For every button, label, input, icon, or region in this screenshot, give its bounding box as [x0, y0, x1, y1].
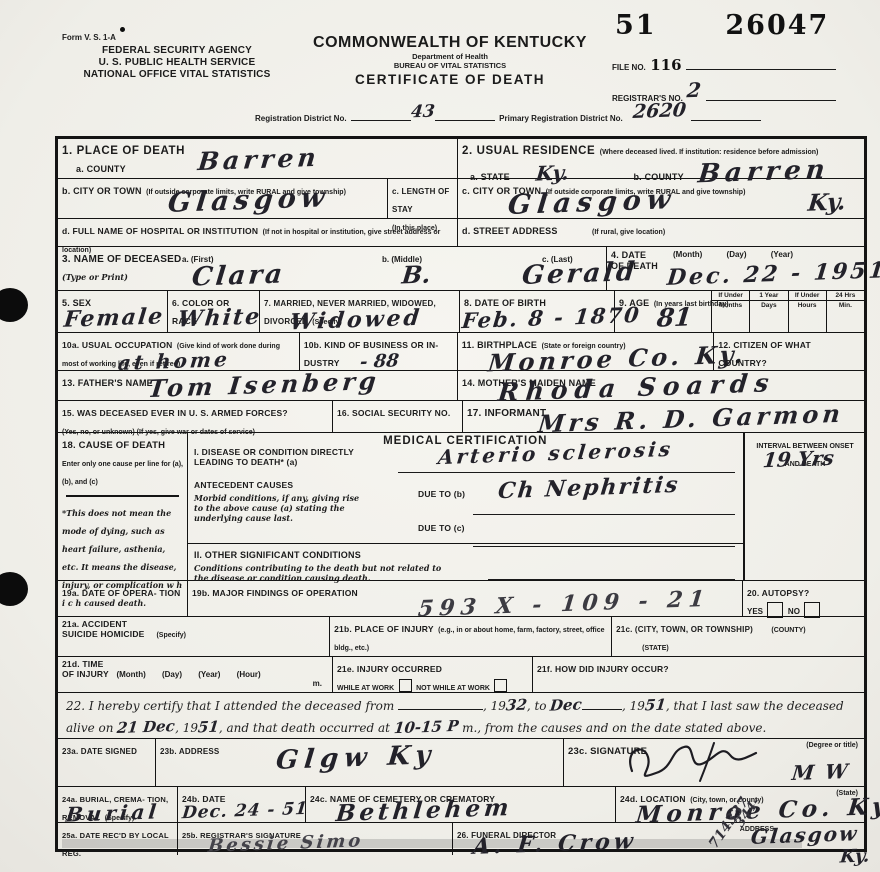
form-code: Form V. S. 1-A: [62, 33, 116, 42]
age-c3: Hours: [789, 301, 826, 310]
field-business-industry: 10b. KIND OF BUSINESS OR IN- DUSTRY - 88: [300, 333, 458, 370]
death-date-title: 4. DATE OF DEATH: [611, 250, 659, 272]
field-residence-city: c. CITY OR TOWN (If outside corporate li…: [458, 179, 864, 218]
agency-line1: FEDERAL SECURITY AGENCY: [52, 45, 302, 57]
injury-kind-note: (Specify): [156, 632, 186, 639]
injury-occurred-label: 21e. INJURY OCCURRED: [337, 664, 442, 674]
usual-residence-title: 2. USUAL RESIDENCE: [462, 145, 595, 157]
stamp-number-right: 26047: [725, 10, 829, 41]
other-conditions-title: II. OTHER SIGNIFICANT CONDITIONS: [194, 550, 361, 560]
field-fathers-name: 13. FATHER'S NAME Tom Isenberg: [58, 371, 458, 400]
citizen-label: 12. CITIZEN OF WHAT COUNTRY?: [718, 340, 810, 368]
injury-loc-label: 21c. (CITY, TOWN, OR TOWNSHIP): [616, 625, 753, 634]
place-of-death-title: 1. PLACE OF DEATH: [62, 145, 185, 157]
file-no-blank: [686, 56, 836, 70]
certify-alive-year: 51: [197, 719, 219, 735]
certificate-form: 1. PLACE OF DEATH a. COUNTY Barren 2. US…: [55, 136, 867, 852]
death-date-value: Dec. 22 - 1951: [666, 259, 880, 289]
field-autopsy: 20. AUTOPSY? YES NO: [743, 581, 864, 616]
injury-place-label: 21b. PLACE OF INJURY: [334, 624, 434, 634]
registrar-no-value: 2: [686, 80, 702, 101]
field-physician-signature: 23c. SIGNATURE (Degree or title) M W: [564, 739, 864, 786]
agency-line3: NATIONAL OFFICE VITAL STATISTICS: [52, 69, 302, 81]
physician-address-label: 23b. ADDRESS: [160, 747, 219, 756]
sex-value: Female: [63, 305, 166, 331]
injury-loc-county: (COUNTY): [771, 627, 805, 634]
cause-note: Enter only one cause per line for (a), (…: [62, 461, 183, 486]
field-certification-statement: 22. I hereby certify that I attended the…: [58, 693, 864, 738]
certify-death-time: 10-15 P: [393, 718, 459, 735]
physician-address-value: Glgw Ky: [275, 742, 438, 774]
name-title-note: (Type or Print): [62, 272, 128, 282]
field-cemetery-name: 24c. NAME OF CEMETERY OR CREMATORY Bethl…: [306, 787, 616, 822]
antecedent-note: Morbid conditions, if any, giving rise t…: [194, 493, 364, 523]
district-value: 43: [410, 104, 435, 122]
field-date-of-death: 4. DATE OF DEATH (Month) (Day) (Year) De…: [607, 247, 864, 290]
physician-signature-scrawl: [604, 741, 794, 783]
sidebar-divider: [66, 495, 179, 497]
field-occupation: 10a. USUAL OCCUPATION (Give kind of work…: [58, 333, 300, 370]
agency-line2: U. S. PUBLIC HEALTH SERVICE: [52, 57, 302, 69]
due-c-label: DUE TO (c): [418, 523, 465, 533]
residence-city-state-value: Ky.: [807, 190, 847, 214]
age-c2: Days: [750, 301, 787, 310]
age-c4: Min.: [827, 301, 864, 310]
field-interval-onset-death: INTERVAL BETWEEN ONSET AND DEATH 19 Yrs: [744, 433, 866, 580]
operation-date-label: 19a. DATE OF OPERA- TION: [62, 588, 180, 598]
field-time-of-injury: 21d. TIME OF INJURY (Month) (Day) (Year)…: [58, 657, 333, 692]
field-physician-address: 23b. ADDRESS Glgw Ky: [156, 739, 564, 786]
burial-type-value: Burial: [65, 801, 161, 824]
cause-label: 18. CAUSE OF DEATH: [62, 440, 165, 451]
field-color-or-race: 6. COLOR OR RACE White: [168, 291, 260, 332]
primary-district-value: 2620: [632, 101, 687, 122]
field-burial-date: 24b. DATE Dec. 24 - 51: [178, 787, 306, 822]
armed-label: 15. WAS DECEASED EVER IN U. S. ARMED FOR…: [62, 408, 288, 418]
marital-value: Widowed: [289, 307, 423, 334]
field-armed-forces: 15. WAS DECEASED EVER IN U. S. ARMED FOR…: [58, 401, 333, 432]
date-signed-label: 23a. DATE SIGNED: [62, 747, 137, 756]
certificate-title: CERTIFICATE OF DEATH: [295, 72, 605, 87]
race-value: White: [177, 306, 262, 331]
name-title: 3. NAME OF DECEASED: [62, 254, 181, 265]
field-place-of-death-county: 1. PLACE OF DEATH a. COUNTY Barren: [58, 139, 458, 178]
district-label: Registration District No.: [255, 114, 347, 123]
file-no-value: 116: [650, 56, 681, 74]
how-injury-label: 21f. HOW DID INJURY OCCUR?: [537, 664, 669, 674]
residence-city-value: Glasgow: [507, 186, 678, 219]
field-how-injury-occurred: 21f. HOW DID INJURY OCCUR?: [533, 657, 864, 692]
disease-condition-label: I. DISEASE OR CONDITION DIRECTLY LEADING…: [194, 447, 384, 467]
certify-year-to: 51: [644, 698, 666, 714]
age-h3: If Under: [789, 291, 826, 301]
injury-kind-label: 21a. ACCIDENT SUICIDE HOMICIDE: [62, 619, 152, 639]
injury-time-m: m.: [313, 679, 322, 688]
injury-time-columns: (Month) (Day) (Year) (Hour): [116, 670, 260, 679]
district-line: Registration District No. 43 Primary Reg…: [255, 106, 761, 126]
degree-title-value: M W: [791, 761, 851, 783]
certify-p2: , 19: [483, 699, 506, 713]
age-h4: 24 Hrs: [827, 291, 864, 301]
injury-time-label: 21d. TIME OF INJURY: [62, 659, 112, 679]
age-h1: If Under: [712, 291, 749, 301]
date-received-label: 25a. DATE REC'D BY LOCAL REG.: [62, 831, 169, 858]
autopsy-yes-label: YES: [747, 607, 763, 616]
primary-district-label: Primary Registration District No.: [499, 114, 623, 123]
certify-p1: 22. I hereby certify that I attended the…: [66, 699, 394, 713]
cemetery-value: Bethlehem: [335, 796, 514, 825]
field-birthplace: 11. BIRTHPLACE (State or foreign country…: [458, 333, 715, 370]
field-medical-certification: MEDICAL CERTIFICATION I. DISEASE OR COND…: [188, 433, 744, 580]
not-while-at-work-label: NOT WHILE AT WORK: [416, 685, 490, 692]
field-street-address: d. STREET ADDRESS (If rural, give locati…: [458, 219, 864, 246]
age-h2: 1 Year: [750, 291, 787, 301]
field-usual-residence: 2. USUAL RESIDENCE (Where deceased lived…: [458, 139, 864, 178]
stamp-number: 51 26047: [615, 10, 829, 41]
commonwealth-title: COMMONWEALTH OF KENTUCKY: [295, 34, 605, 52]
field-citizen-of: 12. CITIZEN OF WHAT COUNTRY?: [714, 333, 864, 370]
field-age: 9. AGE (In years last birthday) 81 If Un…: [615, 291, 864, 332]
county-label: a. COUNTY: [76, 164, 126, 174]
field-injury-occurred: 21e. INJURY OCCURRED WHILE AT WORK NOT W…: [333, 657, 533, 692]
field-place-city: b. CITY OR TOWN (If outside corporate li…: [58, 179, 388, 218]
interval-value: 19 Yrs: [761, 448, 834, 471]
informant-value: Mrs R. D. Garmon: [537, 402, 845, 437]
field-ssn: 16. SOCIAL SECURITY NO.: [333, 401, 463, 432]
field-major-findings: 19b. MAJOR FINDINGS OF OPERATION 593 X -…: [188, 581, 743, 616]
field-burial-type: 24a. BURIAL, CREMA- TION, REMOVAL (Speci…: [58, 787, 178, 822]
autopsy-no-label: NO: [788, 607, 800, 616]
certify-year-from: 32: [505, 698, 527, 714]
place-city-value: Glasgow: [167, 184, 331, 217]
bureau-line: BUREAU OF VITAL STATISTICS: [295, 62, 605, 71]
stay-label: c. LENGTH OF STAY: [392, 187, 450, 214]
injury-loc-state: (STATE): [642, 645, 669, 652]
ink-dot: [120, 27, 125, 32]
certify-p7: , and that death occurred at: [219, 721, 390, 735]
age-value: 81: [656, 304, 693, 330]
field-cause-of-death-sidebar: 18. CAUSE OF DEATH Enter only one cause …: [58, 433, 188, 580]
name-first-value: Clara: [191, 261, 287, 290]
death-certificate-scan: 51 26047 Form V. S. 1-A FEDERAL SECURITY…: [0, 0, 880, 872]
field-date-of-operation: 19a. DATE OF OPERA- TION: [58, 581, 188, 616]
certify-p8: m., from the causes and on the date stat…: [462, 721, 766, 735]
autopsy-label: 20. AUTOPSY?: [747, 588, 809, 598]
title-block: COMMONWEALTH OF KENTUCKY Department of H…: [295, 34, 605, 87]
registrar-no-blank: [706, 87, 836, 101]
birth-date-value: Feb. 8 - 1870: [461, 304, 642, 331]
informant-label: 17. INFORMANT: [467, 408, 546, 419]
field-marital-status: 7. MARRIED, NEVER MARRIED, WIDOWED, DIVO…: [260, 291, 460, 332]
certify-p4: , 19: [622, 699, 645, 713]
certify-p3: , to: [527, 699, 547, 713]
autopsy-no-checkbox: [804, 602, 820, 618]
funeral-address-state-overflow: Ky.: [839, 847, 870, 866]
other-conditions-blank: [488, 566, 735, 580]
degree-title-label: (Degree or title): [806, 742, 858, 750]
registrar-signature-value: Bessie Simo: [207, 832, 364, 856]
place-city-label: b. CITY OR TOWN: [62, 186, 142, 196]
field-informant: 17. INFORMANT Mrs R. D. Garmon: [463, 401, 864, 432]
findings-value: 593 X - 109 - 21: [417, 588, 711, 620]
field-date-received: 25a. DATE REC'D BY LOCAL REG.: [58, 823, 178, 855]
hospital-label: d. FULL NAME OF HOSPITAL OR INSTITUTION: [62, 226, 258, 236]
certify-blank-from: [398, 696, 483, 710]
street-note: (If rural, give location): [592, 229, 665, 236]
ssn-label: 16. SOCIAL SECURITY NO.: [337, 408, 450, 418]
occupation-label: 10a. USUAL OCCUPATION: [62, 340, 172, 350]
father-value: Tom Isenberg: [147, 369, 381, 401]
field-funeral-director: 26. FUNERAL DIRECTOR ADDRESS A. F. Crow …: [453, 823, 864, 855]
due-b-label: DUE TO (b): [418, 489, 465, 499]
punch-hole-bottom: [0, 572, 28, 606]
while-at-work-checkbox: [399, 679, 412, 692]
name-middle-value: B.: [401, 262, 432, 287]
age-c1: Months: [712, 301, 749, 310]
usual-residence-note: (Where deceased lived. If institution: r…: [600, 149, 819, 156]
field-injury-location: 21c. (CITY, TOWN, OR TOWNSHIP) (COUNTY) …: [612, 617, 864, 656]
occupation-value: at home: [117, 349, 231, 373]
file-no-label: FILE NO.: [612, 63, 646, 72]
file-no-line: FILE NO. 116: [612, 56, 868, 75]
certify-alive-on: 21 Dec: [117, 719, 176, 736]
field-accident-suicide-homicide: 21a. ACCIDENT SUICIDE HOMICIDE (Specify): [58, 617, 330, 656]
field-name-of-deceased: 3. NAME OF DECEASED (Type or Print) a. (…: [58, 247, 607, 290]
agency-block: FEDERAL SECURITY AGENCY U. S. PUBLIC HEA…: [52, 45, 302, 81]
field-hospital-name: d. FULL NAME OF HOSPITAL OR INSTITUTION …: [58, 219, 458, 246]
antecedent-title: ANTECEDENT CAUSES: [194, 480, 293, 490]
mother-value: Rhoda Soards: [497, 370, 777, 405]
burial-date-value: Dec. 24 - 51: [181, 801, 309, 822]
autopsy-yes-checkbox: [767, 602, 783, 618]
certify-month-to: Dec: [550, 697, 583, 713]
field-place-of-injury: 21b. PLACE OF INJURY (e.g., in or about …: [330, 617, 612, 656]
field-registrar-signature: 25b. REGISTRAR'S SIGNATURE Bessie Simo: [178, 823, 453, 855]
funeral-director-value: A. F. Crow: [472, 830, 638, 858]
field-length-of-stay: c. LENGTH OF STAY (In this place): [388, 179, 458, 218]
not-while-at-work-checkbox: [494, 679, 507, 692]
field-date-signed: 23a. DATE SIGNED: [58, 739, 156, 786]
street-label: d. STREET ADDRESS: [462, 226, 558, 236]
certify-p6: , 19: [175, 721, 198, 735]
funeral-director-address-value: Glasgow: [750, 823, 859, 847]
field-date-of-birth: 8. DATE OF BIRTH Feb. 8 - 1870: [460, 291, 615, 332]
county-value: Barren: [197, 145, 321, 174]
other-conditions-note: Conditions contributing to the death but…: [194, 563, 454, 583]
age-subgrid: If UnderMonths 1 YearDays If UnderHours …: [711, 291, 864, 332]
father-label: 13. FATHER'S NAME: [62, 378, 153, 388]
stamp-number-left: 51: [615, 10, 657, 41]
due-b-value: Ch Nephritis: [497, 474, 681, 502]
death-date-columns: (Month) (Day) (Year): [673, 250, 793, 259]
field-sex: 5. SEX Female: [58, 291, 168, 332]
findings-label: 19b. MAJOR FINDINGS OF OPERATION: [192, 588, 358, 598]
while-at-work-label: WHILE AT WORK: [337, 685, 394, 692]
punch-hole-top: [0, 288, 28, 322]
field-mothers-maiden-name: 14. MOTHER'S MAIDEN NAME Rhoda Soards: [458, 371, 864, 400]
